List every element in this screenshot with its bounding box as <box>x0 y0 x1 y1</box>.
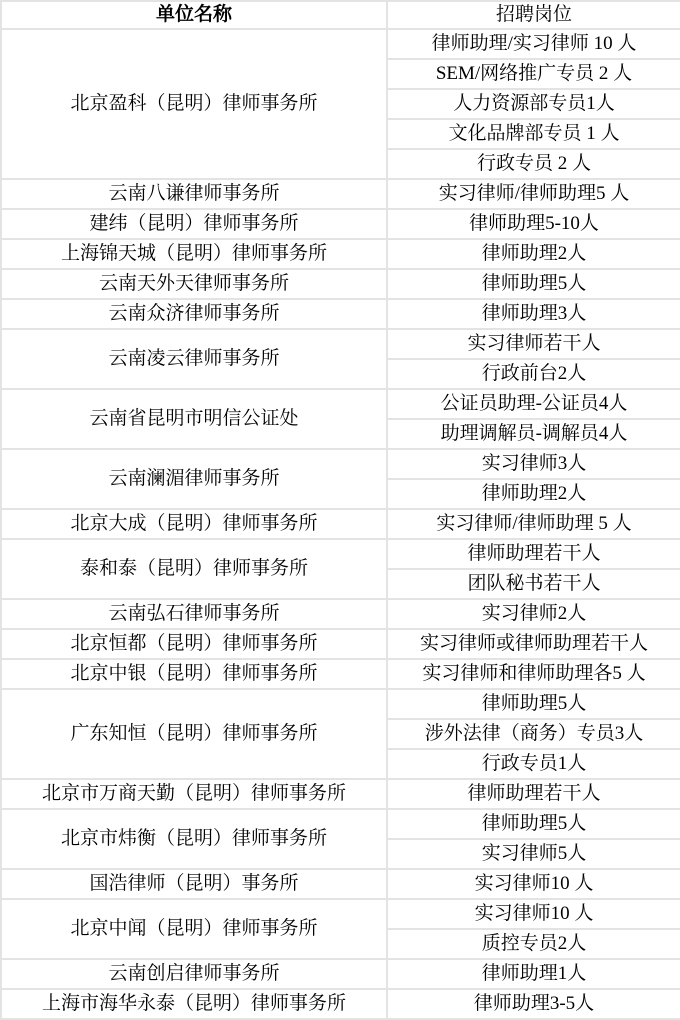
unit-name-cell: 云南众济律师事务所 <box>1 299 387 329</box>
unit-name-cell: 云南凌云律师事务所 <box>1 329 387 389</box>
position-cell: 律师助理1人 <box>387 959 680 989</box>
unit-name-cell: 北京中银（昆明）律师事务所 <box>1 659 387 689</box>
position-cell: 律师助理2人 <box>387 239 680 269</box>
position-cell: 助理调解员-调解员4人 <box>387 419 680 449</box>
unit-name-cell: 云南澜湄律师事务所 <box>1 449 387 509</box>
column-header-unit: 单位名称 <box>1 1 387 29</box>
position-cell: 律师助理3人 <box>387 299 680 329</box>
table-row: 云南弘石律师事务所实习律师2人 <box>1 599 680 629</box>
table-row: 云南众济律师事务所律师助理3人 <box>1 299 680 329</box>
position-cell: 律师助理/实习律师 10 人 <box>387 29 680 59</box>
position-cell: 人力资源部专员1人 <box>387 89 680 119</box>
position-cell: 律师助理5-10人 <box>387 209 680 239</box>
position-cell: 行政前台2人 <box>387 359 680 389</box>
position-cell: 实习律师和律师助理各5 人 <box>387 659 680 689</box>
table-row: 泰和泰（昆明）律师事务所律师助理若干人 <box>1 539 680 569</box>
table-row: 北京大成（昆明）律师事务所实习律师/律师助理 5 人 <box>1 509 680 539</box>
position-cell: 行政专员 2 人 <box>387 149 680 179</box>
unit-name-cell: 北京恒都（昆明）律师事务所 <box>1 629 387 659</box>
unit-name-cell: 北京市炜衡（昆明）律师事务所 <box>1 809 387 869</box>
position-cell: 实习律师或律师助理若干人 <box>387 629 680 659</box>
table-row: 云南凌云律师事务所实习律师若干人 <box>1 329 680 359</box>
recruitment-table: 单位名称 招聘岗位 北京盈科（昆明）律师事务所律师助理/实习律师 10 人SEM… <box>0 0 680 1020</box>
table-body: 北京盈科（昆明）律师事务所律师助理/实习律师 10 人SEM/网络推广专员 2 … <box>1 29 680 1019</box>
unit-name-cell: 建纬（昆明）律师事务所 <box>1 209 387 239</box>
unit-name-cell: 国浩律师（昆明）事务所 <box>1 869 387 899</box>
column-header-position: 招聘岗位 <box>387 1 680 29</box>
unit-name-cell: 广东知恒（昆明）律师事务所 <box>1 689 387 779</box>
position-cell: 律师助理5人 <box>387 269 680 299</box>
table-row: 北京中闻（昆明）律师事务所实习律师10 人 <box>1 899 680 929</box>
unit-name-cell: 北京市万商天勤（昆明）律师事务所 <box>1 779 387 809</box>
position-cell: 律师助理2人 <box>387 479 680 509</box>
position-cell: 实习律师10 人 <box>387 899 680 929</box>
table-row: 云南八谦律师事务所实习律师/律师助理5 人 <box>1 179 680 209</box>
unit-name-cell: 云南创启律师事务所 <box>1 959 387 989</box>
position-cell: 律师助理5人 <box>387 809 680 839</box>
position-cell: 质控专员2人 <box>387 929 680 959</box>
table-row: 上海市海华永泰（昆明）律师事务所律师助理3-5人 <box>1 989 680 1019</box>
unit-name-cell: 北京盈科（昆明）律师事务所 <box>1 29 387 179</box>
position-cell: 实习律师/律师助理5 人 <box>387 179 680 209</box>
table-row: 国浩律师（昆明）事务所实习律师10 人 <box>1 869 680 899</box>
table-row: 云南省昆明市明信公证处公证员助理-公证员4人 <box>1 389 680 419</box>
position-cell: 实习律师10 人 <box>387 869 680 899</box>
unit-name-cell: 云南弘石律师事务所 <box>1 599 387 629</box>
position-cell: SEM/网络推广专员 2 人 <box>387 59 680 89</box>
table-row: 北京中银（昆明）律师事务所实习律师和律师助理各5 人 <box>1 659 680 689</box>
table-row: 云南澜湄律师事务所实习律师3人 <box>1 449 680 479</box>
unit-name-cell: 云南省昆明市明信公证处 <box>1 389 387 449</box>
unit-name-cell: 北京大成（昆明）律师事务所 <box>1 509 387 539</box>
table-row: 云南天外天律师事务所律师助理5人 <box>1 269 680 299</box>
position-cell: 实习律师3人 <box>387 449 680 479</box>
unit-name-cell: 上海锦天城（昆明）律师事务所 <box>1 239 387 269</box>
position-cell: 涉外法律（商务）专员3人 <box>387 719 680 749</box>
position-cell: 实习律师若干人 <box>387 329 680 359</box>
position-cell: 实习律师/律师助理 5 人 <box>387 509 680 539</box>
position-cell: 实习律师2人 <box>387 599 680 629</box>
table-row: 上海锦天城（昆明）律师事务所律师助理2人 <box>1 239 680 269</box>
table-row: 云南创启律师事务所律师助理1人 <box>1 959 680 989</box>
position-cell: 团队秘书若干人 <box>387 569 680 599</box>
table-row: 广东知恒（昆明）律师事务所律师助理5人 <box>1 689 680 719</box>
header-row: 单位名称 招聘岗位 <box>1 1 680 29</box>
position-cell: 律师助理5人 <box>387 689 680 719</box>
position-cell: 公证员助理-公证员4人 <box>387 389 680 419</box>
position-cell: 律师助理若干人 <box>387 539 680 569</box>
unit-name-cell: 泰和泰（昆明）律师事务所 <box>1 539 387 599</box>
unit-name-cell: 上海市海华永泰（昆明）律师事务所 <box>1 989 387 1019</box>
table-row: 北京市万商天勤（昆明）律师事务所律师助理若干人 <box>1 779 680 809</box>
position-cell: 行政专员1人 <box>387 749 680 779</box>
table-row: 北京盈科（昆明）律师事务所律师助理/实习律师 10 人 <box>1 29 680 59</box>
table-row: 北京市炜衡（昆明）律师事务所律师助理5人 <box>1 809 680 839</box>
unit-name-cell: 北京中闻（昆明）律师事务所 <box>1 899 387 959</box>
position-cell: 律师助理3-5人 <box>387 989 680 1019</box>
unit-name-cell: 云南八谦律师事务所 <box>1 179 387 209</box>
position-cell: 律师助理若干人 <box>387 779 680 809</box>
position-cell: 实习律师5人 <box>387 839 680 869</box>
position-cell: 文化品牌部专员 1 人 <box>387 119 680 149</box>
table-row: 北京恒都（昆明）律师事务所实习律师或律师助理若干人 <box>1 629 680 659</box>
unit-name-cell: 云南天外天律师事务所 <box>1 269 387 299</box>
table-row: 建纬（昆明）律师事务所律师助理5-10人 <box>1 209 680 239</box>
